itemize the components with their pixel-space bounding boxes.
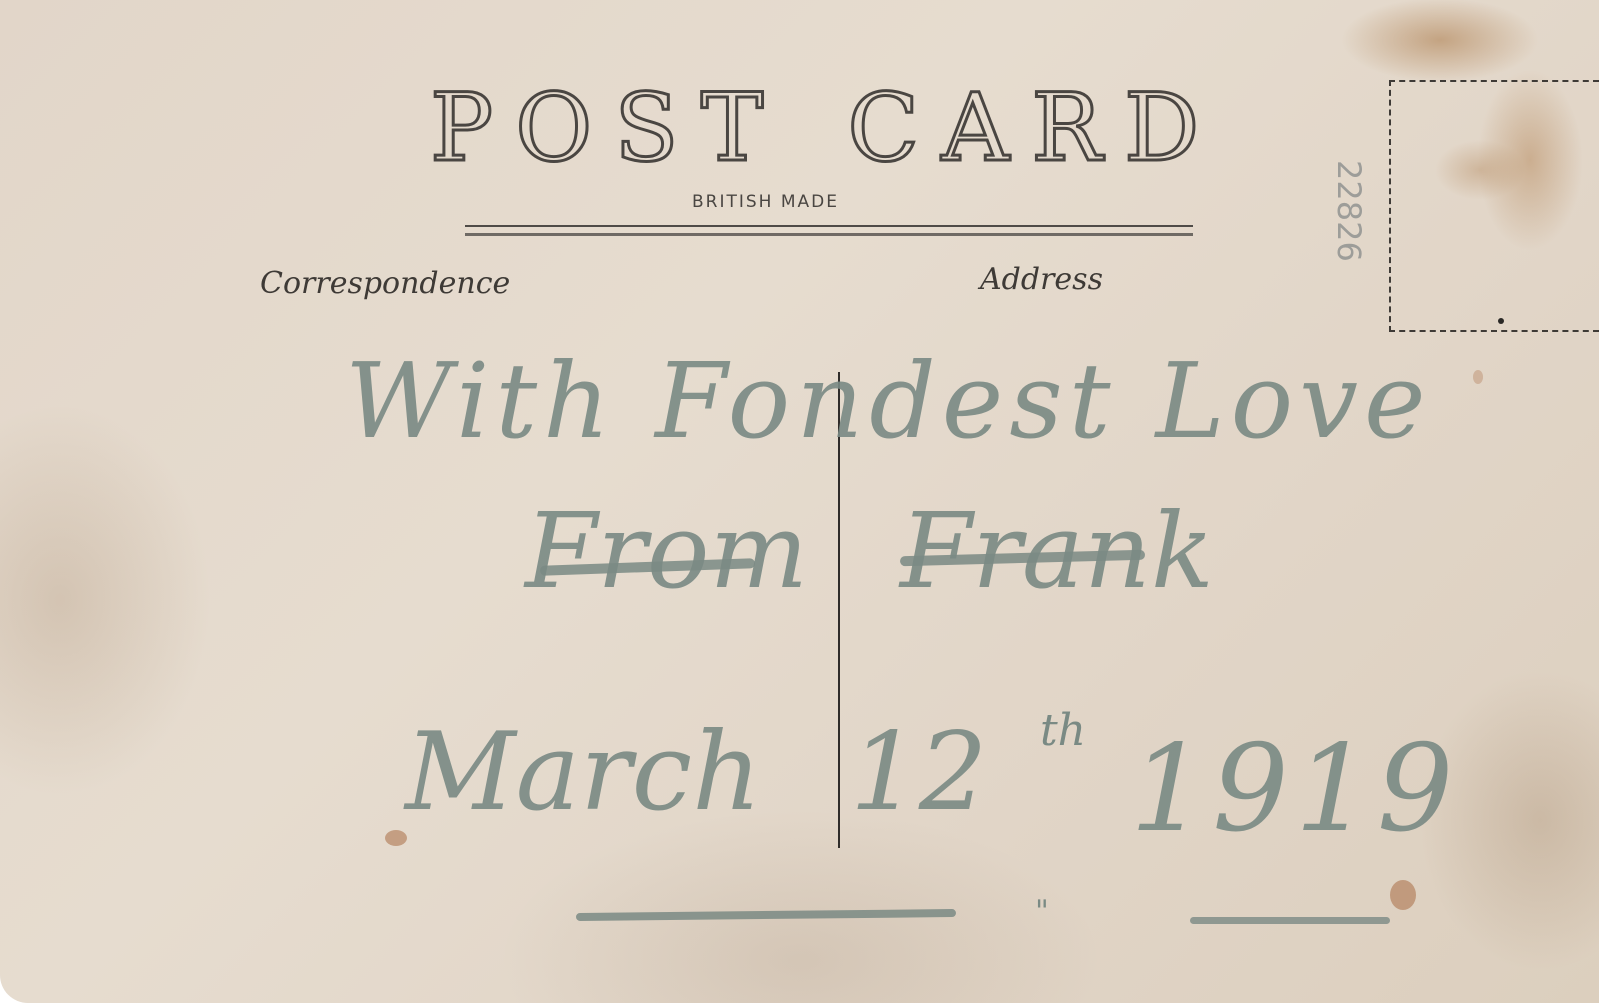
header-rule-top <box>465 225 1193 227</box>
header-rule-bottom <box>465 233 1193 236</box>
stain-spot <box>1390 880 1416 910</box>
postcard-back: POSTCARD BRITISH MADE Correspondence Add… <box>0 0 1599 1003</box>
handwriting-year: 1919 <box>1130 720 1459 859</box>
handwriting-frank: Frank <box>900 490 1214 612</box>
handwriting-day: 12 <box>850 710 987 835</box>
address-label: Address <box>980 262 1103 297</box>
stain-spot <box>385 830 407 846</box>
handwriting-day-suffix: th <box>1040 705 1086 756</box>
handwriting-line-1: With Fondest Love <box>345 340 1432 462</box>
handwriting-from: From <box>525 490 808 612</box>
title-post: POST <box>430 74 785 183</box>
handwriting-underline-right <box>1190 917 1390 924</box>
postcard-title: POSTCARD <box>430 84 1280 174</box>
correspondence-label: Correspondence <box>260 266 510 301</box>
stamp-box-pencil-number: 22826 <box>1330 160 1368 262</box>
handwriting-month: March <box>405 710 762 835</box>
ink-dot <box>1498 318 1504 324</box>
stain-spot <box>1473 370 1483 384</box>
title-card: CARD <box>847 74 1221 183</box>
handwriting-ditto-mark: " <box>1035 894 1049 929</box>
british-made-label: BRITISH MADE <box>692 192 839 212</box>
stamp-box <box>1389 80 1599 332</box>
handwriting-underline-left <box>576 909 956 921</box>
